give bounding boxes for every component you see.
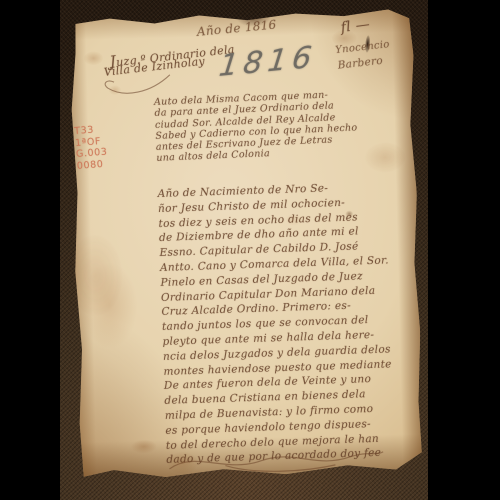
photo-backdrop: Año de 1816 fl — Ynocencio Barbero Juzg.… bbox=[60, 0, 428, 500]
opening-auto-paragraph: Auto dela Misma Cacom que man-da para an… bbox=[154, 89, 349, 165]
header-year-line: Año de 1816 bbox=[196, 17, 277, 38]
stain bbox=[131, 439, 157, 454]
main-acta-paragraph: Año de Nacimiento de Nro Se-ñor Jesu Chr… bbox=[157, 181, 358, 468]
docket-line: Ynocencio bbox=[335, 39, 390, 56]
manuscript-page: Año de 1816 fl — Ynocencio Barbero Juzg.… bbox=[68, 9, 423, 479]
stain bbox=[80, 262, 138, 349]
rubric-flourish bbox=[165, 442, 388, 477]
archival-margin-code: T331ªOFG.0030080 bbox=[74, 124, 109, 172]
margin-code-line: 0080 bbox=[77, 158, 109, 172]
docket-line: fl — bbox=[340, 16, 371, 36]
docket-line: Barbero bbox=[337, 55, 383, 72]
